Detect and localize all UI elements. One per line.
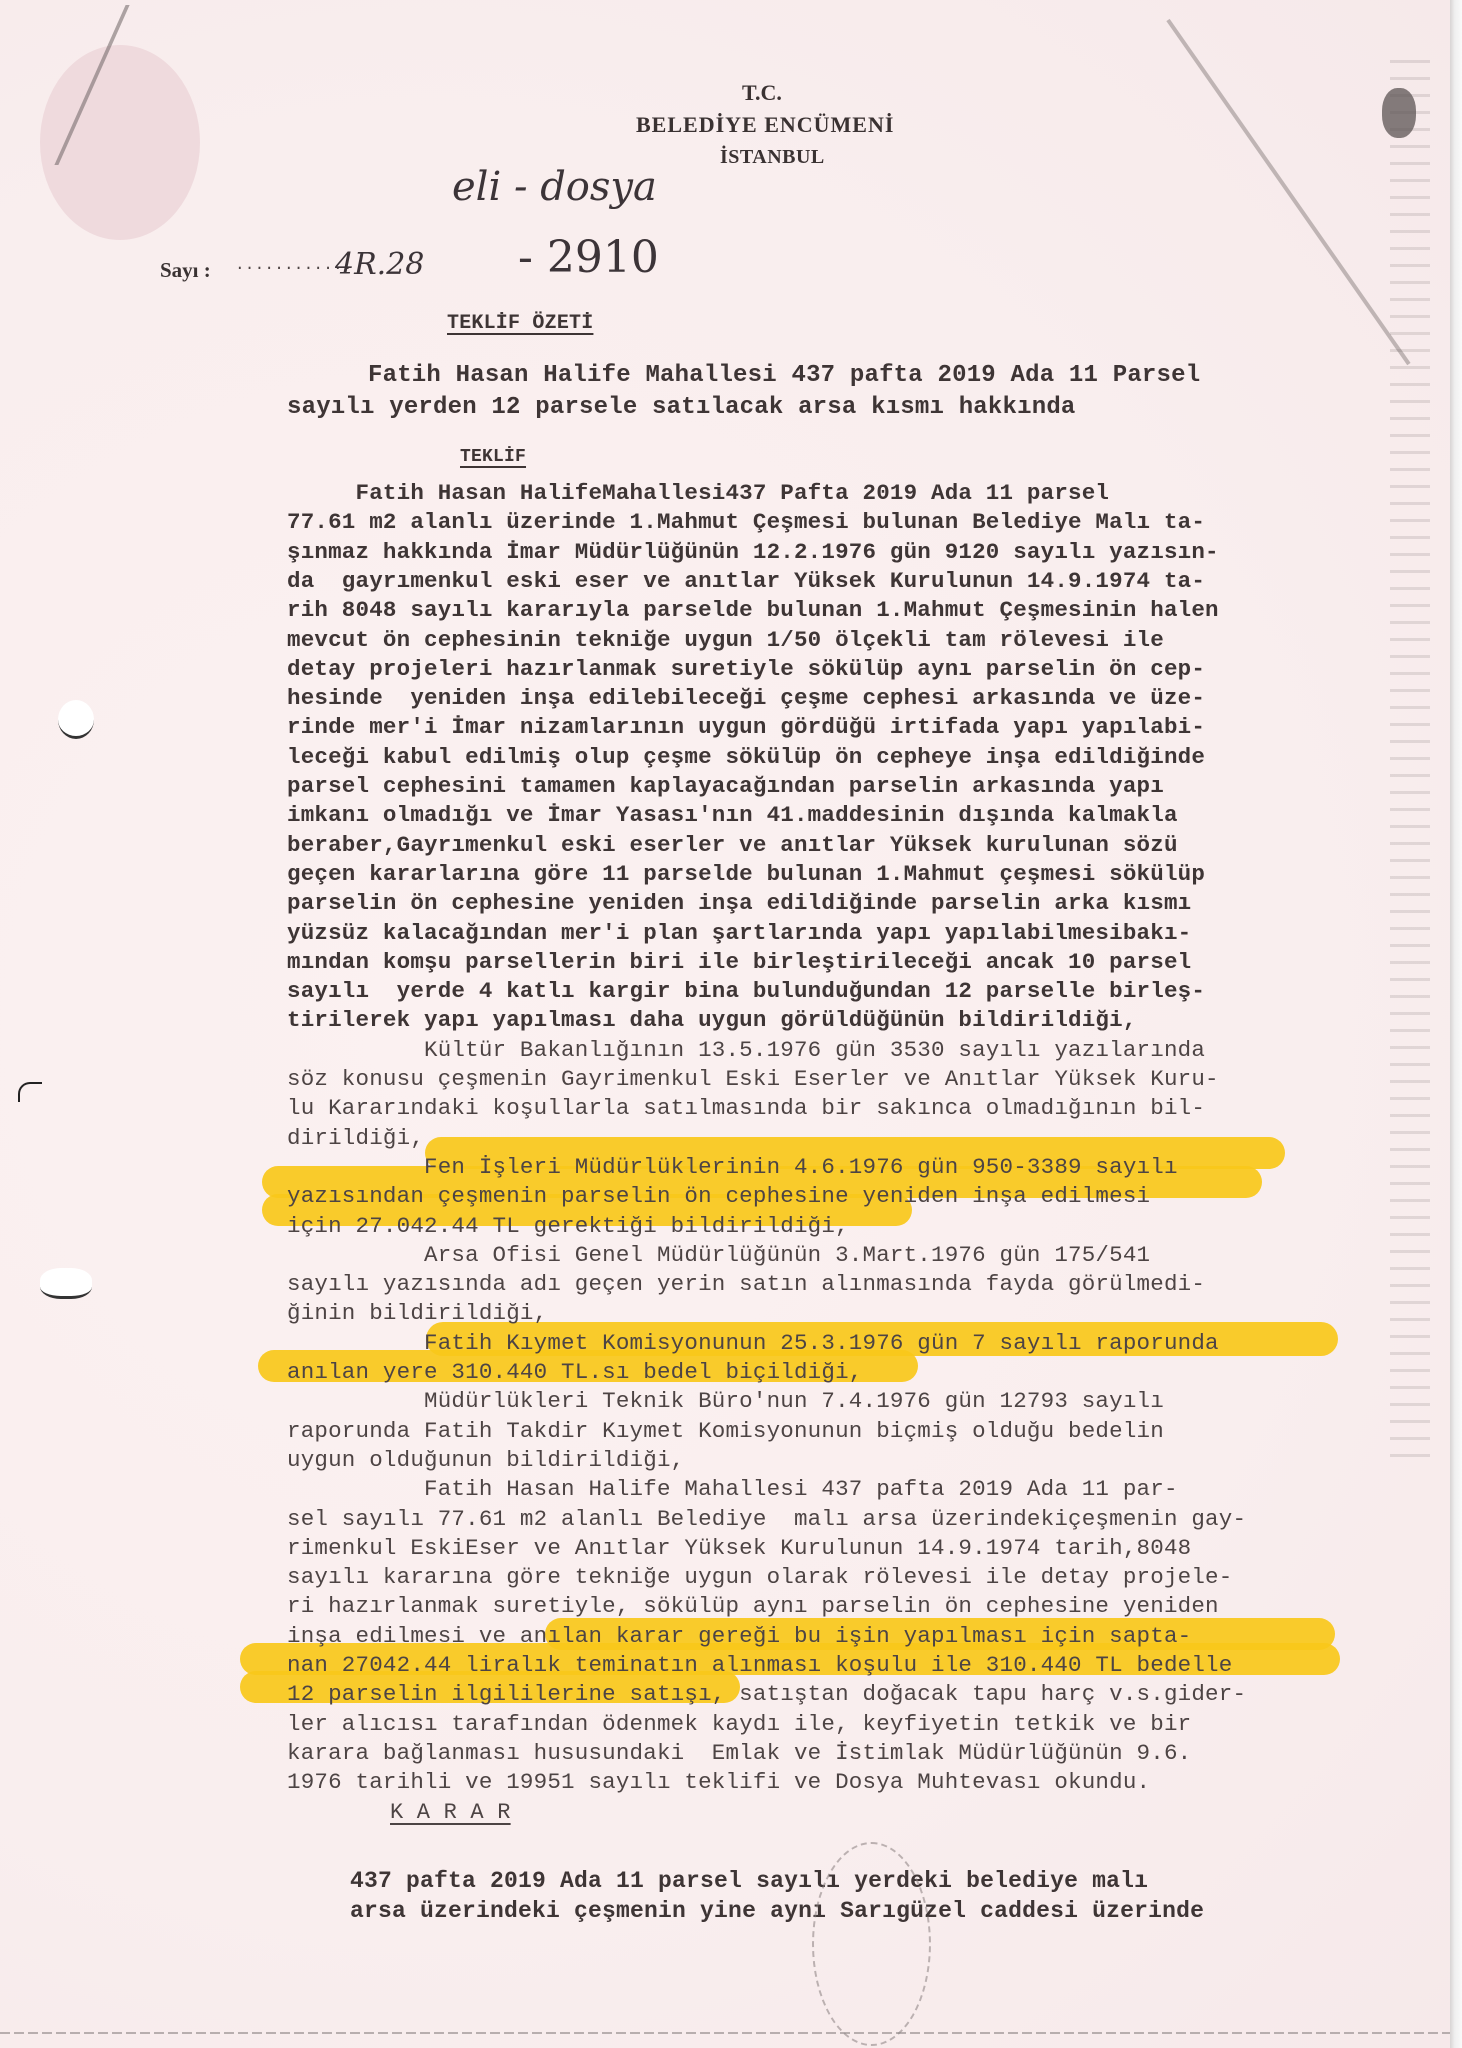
proposal-line: mından komşu parsellerin biri ile birleş… <box>287 949 1191 975</box>
proposal-line: yazısından çeşmenin parselin ön cephesin… <box>287 1183 1150 1209</box>
proposal-line: yüzsüz kalacağından mer'i plan şartların… <box>287 920 1191 946</box>
summary-line: Fatih Hasan Halife Mahallesi 437 pafta 2… <box>368 362 1200 389</box>
proposal-line: tirilerek yapı yapılması daha uygun görü… <box>287 1007 1137 1033</box>
proposal-line: Fatih Hasan Halife Mahallesi 437 pafta 2… <box>287 1476 1178 1502</box>
proposal-line: mevcut ön cephesinin tekniğe uygun 1/50 … <box>287 627 1164 653</box>
header-city: İSTANBUL <box>720 146 825 169</box>
proposal-line: imkanı olmadığı ve İmar Yasası'nın 41.ma… <box>287 802 1178 828</box>
proposal-line: ri hazırlanmak suretiyle, sökülüp aynı p… <box>287 1593 1219 1619</box>
ink-blot <box>1382 88 1416 138</box>
proposal-line: nan 27042.44 liralık teminatın alınması … <box>287 1652 1232 1678</box>
proposal-line: söz konusu çeşmenin Gayrimenkul Eski Ese… <box>287 1066 1219 1092</box>
proposal-line: lu Kararındaki koşullarla satılmasında b… <box>287 1095 1205 1121</box>
proposal-line: Kültür Bakanlığının 13.5.1976 gün 3530 s… <box>287 1037 1205 1063</box>
scan-noise <box>1390 60 1430 1460</box>
proposal-line: 1976 tarihli ve 19951 sayılı teklifi ve … <box>287 1769 1150 1795</box>
proposal-line: anılan yere 310.440 TL.sı bedel biçildiğ… <box>287 1359 863 1385</box>
document-page: T.C. BELEDİYE ENCÜMENİ İSTANBUL eli - do… <box>0 0 1450 2048</box>
reference-value: 4R.28 <box>335 247 424 282</box>
punch-hole-icon <box>58 700 94 739</box>
proposal-line: rimenkul EskiEser ve Anıtlar Yüksek Kuru… <box>287 1535 1191 1561</box>
proposal-line: Fen İşleri Müdürlüklerinin 4.6.1976 gün … <box>287 1154 1178 1180</box>
proposal-line: rih 8048 sayılı kararıyla parselde bulun… <box>287 597 1219 623</box>
proposal-line: Fatih Kıymet Komisyonunun 25.3.1976 gün … <box>287 1330 1219 1356</box>
proposal-line: 12 parselin ilgililerine satışı, satışta… <box>287 1681 1246 1707</box>
decision-line: 437 pafta 2019 Ada 11 parsel sayılı yerd… <box>350 1868 1148 1894</box>
stamp-seal <box>812 1842 931 2046</box>
proposal-line: hesinde yeniden inşa edilebileceği çeşme… <box>287 685 1205 711</box>
bottom-edge <box>0 2032 1450 2034</box>
decision-heading: K A R A R <box>390 1800 511 1825</box>
proposal-heading: TEKLİF <box>460 447 526 467</box>
proposal-line: Müdürlükleri Teknik Büro'nun 7.4.1976 gü… <box>287 1388 1164 1414</box>
proposal-line: detay projeleri hazırlanmak suretiyle sö… <box>287 656 1205 682</box>
header-institution: BELEDİYE ENCÜMENİ <box>636 112 894 138</box>
summary-line: sayılı yerden 12 parsele satılacak arsa … <box>287 394 1076 421</box>
proposal-line: ler alıcısı tarafından ödenmek kaydı ile… <box>287 1711 1191 1737</box>
fold-mark <box>1166 19 1410 365</box>
proposal-line: rinde mer'i İmar nizamlarının uygun görd… <box>287 714 1205 740</box>
proposal-line: dirildiği, <box>287 1125 424 1151</box>
handwritten-note: eli - dosya <box>452 164 657 210</box>
proposal-line: sel sayılı 77.61 m2 alanlı Belediye malı… <box>287 1506 1246 1532</box>
proposal-line: ğinin bildirildiği, <box>287 1300 547 1326</box>
proposal-line: parselin ön cephesine yeniden inşa edild… <box>287 890 1191 916</box>
proposal-line: sayılı yerde 4 katlı kargir bina bulundu… <box>287 978 1205 1004</box>
proposal-line: Fatih Hasan HalifeMahallesi437 Pafta 201… <box>287 480 1109 506</box>
reference-number: - 2910 <box>518 232 659 283</box>
reference-label: Sayı : <box>160 258 211 283</box>
summary-heading: TEKLİF ÖZETİ <box>447 312 593 335</box>
proposal-line: leceği kabul edilmiş olup çeşme sökülüp … <box>287 744 1205 770</box>
proposal-line: sayılı yazısında adı geçen yerin satın a… <box>287 1271 1205 1297</box>
proposal-line: beraber,Gayrımenkul eski eserler ve anıt… <box>287 832 1178 858</box>
scan-mark <box>18 1082 42 1102</box>
proposal-line: sayılı kararına göre tekniğe uygun olara… <box>287 1564 1232 1590</box>
proposal-line: uygun olduğunun bildirildiği, <box>287 1447 684 1473</box>
punch-hole-icon <box>40 1268 92 1299</box>
proposal-line: da gayrımenkul eski eser ve anıtlar Yüks… <box>287 568 1205 594</box>
header-tc: T.C. <box>742 80 782 106</box>
proposal-line: şınmaz hakkında İmar Müdürlüğünün 12.2.1… <box>287 539 1219 565</box>
decision-line: arsa üzerindeki çeşmenin yine aynı Sarıg… <box>350 1898 1204 1924</box>
proposal-line: 77.61 m2 alanlı üzerinde 1.Mahmut Çeşmes… <box>287 509 1205 535</box>
proposal-line: karara bağlanması hususundaki Emlak ve İ… <box>287 1740 1191 1766</box>
proposal-line: geçen kararlarına göre 11 parselde bulun… <box>287 861 1205 887</box>
page-edge <box>1450 0 1462 2048</box>
proposal-line: için 27.042.44 TL gerektiği bildirildiği… <box>287 1213 849 1239</box>
proposal-line: inşa edilmesi ve anılan karar gereği bu … <box>287 1623 1191 1649</box>
proposal-line: parsel cephesini tamamen kaplayacağından… <box>287 773 1164 799</box>
proposal-line: Arsa Ofisi Genel Müdürlüğünün 3.Mart.197… <box>287 1242 1150 1268</box>
proposal-line: raporunda Fatih Takdir Kıymet Komisyonun… <box>287 1418 1164 1444</box>
